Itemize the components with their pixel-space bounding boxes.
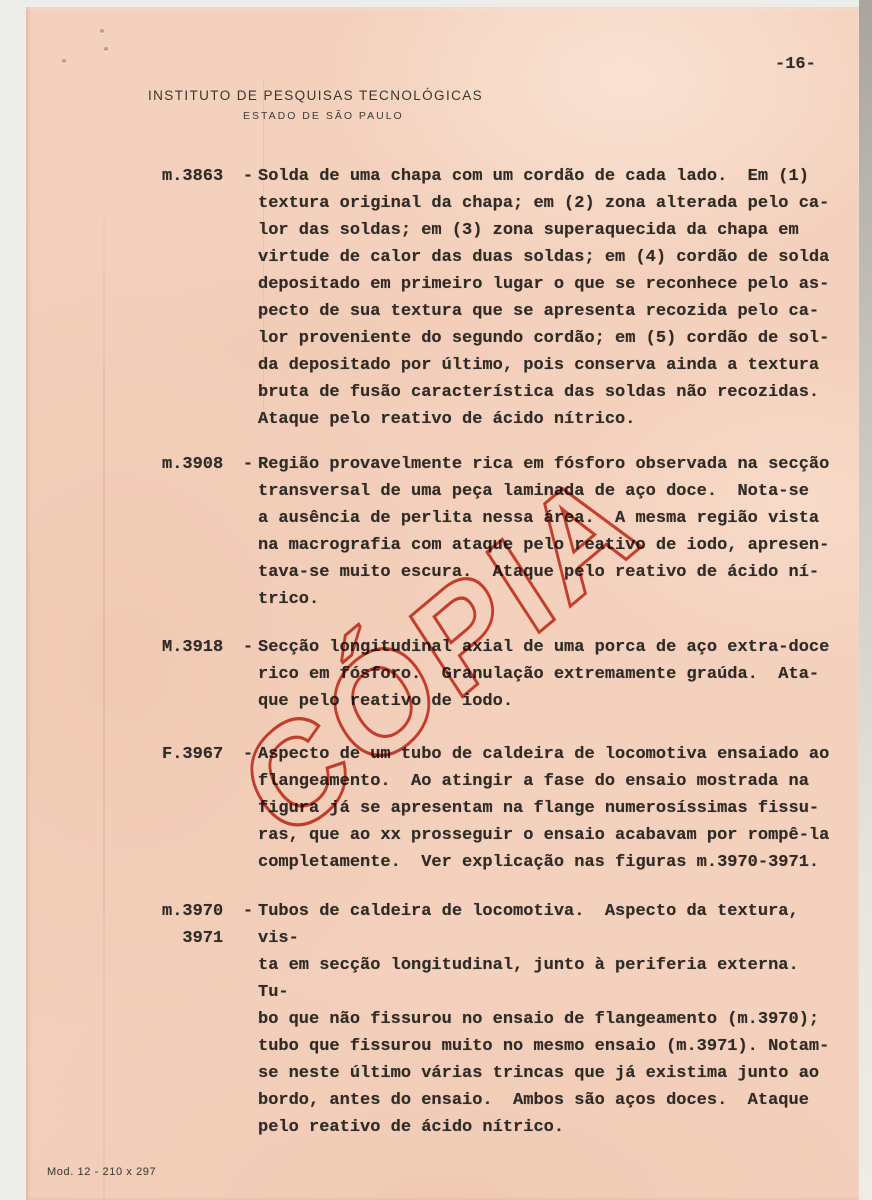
specimen-description: Tubos de caldeira de locomotiva. Aspecto…: [258, 898, 830, 1141]
specimen-entry: F.3967 - Aspecto de um tubo de caldeira …: [162, 741, 830, 876]
pinhole: [62, 59, 66, 63]
specimen-entry: m.3908 - Região provavelmente rica em fó…: [162, 451, 830, 613]
specimen-id: M.3918: [162, 634, 238, 661]
separator-dash: -: [238, 741, 258, 768]
specimen-id: m.3970 3971: [162, 898, 238, 952]
specimen-id: m.3908: [162, 451, 238, 478]
form-model-note: Mod. 12 - 210 x 297: [47, 1166, 156, 1178]
pinhole: [100, 29, 104, 33]
scanned-document-page: { "colors": { "paper": "#f4d1bd", "ink":…: [0, 0, 872, 1200]
specimen-entry: m.3863 - Solda de uma chapa com um cordã…: [162, 163, 830, 433]
specimen-description: Secção longitudinal axial de uma porca d…: [258, 634, 830, 715]
specimen-id: m.3863: [162, 163, 238, 190]
separator-dash: -: [238, 634, 258, 661]
separator-dash: -: [238, 898, 258, 925]
letterhead-institution: INSTITUTO DE PESQUISAS TECNOLÓGICAS: [148, 88, 483, 103]
separator-dash: -: [238, 163, 258, 190]
specimen-description: Solda de uma chapa com um cordão de cada…: [258, 163, 830, 433]
scan-edge-shadow: [859, 0, 872, 1200]
pinhole: [104, 47, 108, 51]
page-number: -16-: [775, 55, 816, 74]
specimen-id: F.3967: [162, 741, 238, 768]
specimen-entry: M.3918 - Secção longitudinal axial de um…: [162, 634, 830, 715]
letterhead-state: ESTADO DE SÃO PAULO: [243, 110, 404, 122]
separator-dash: -: [238, 451, 258, 478]
specimen-description: Aspecto de um tubo de caldeira de locomo…: [258, 741, 830, 876]
specimen-description: Região provavelmente rica em fósforo obs…: [258, 451, 830, 613]
specimen-entry: m.3970 3971 - Tubos de caldeira de locom…: [162, 898, 830, 1141]
